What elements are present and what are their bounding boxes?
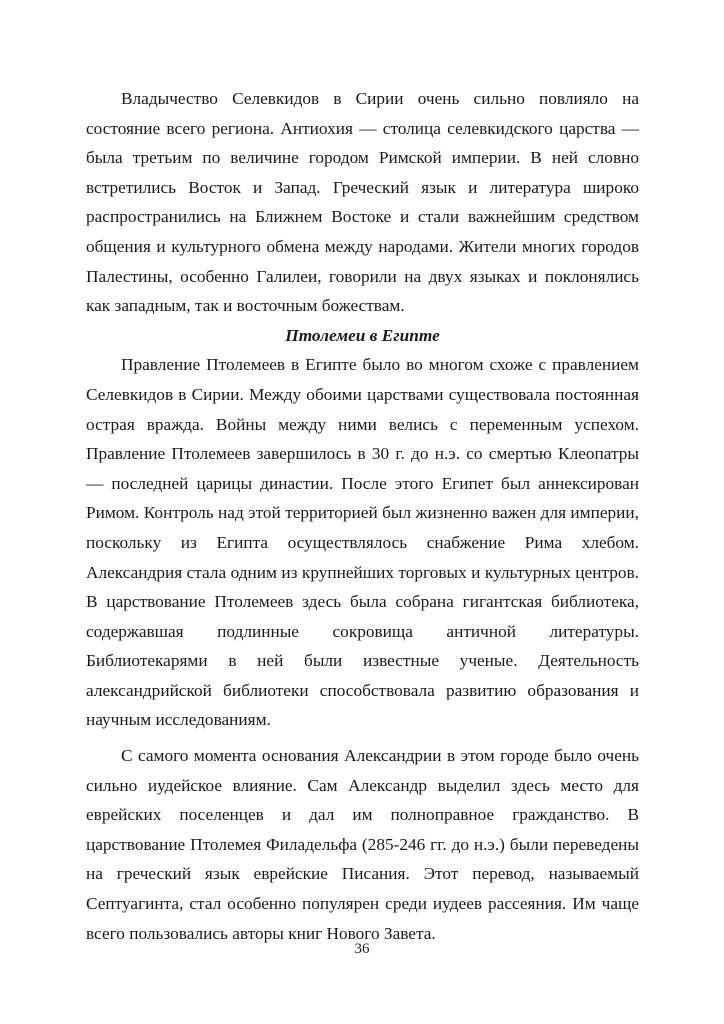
section-heading: Птолемеи в Египте	[86, 321, 639, 351]
document-page: Владычество Селевкидов в Сирии очень сил…	[86, 84, 639, 948]
paragraph-ptolemies-rule: Правление Птолемеев в Египте было во мно…	[86, 350, 639, 735]
paragraph-seleucids: Владычество Селевкидов в Сирии очень сил…	[86, 84, 639, 321]
page-number: 36	[0, 941, 724, 958]
paragraph-alexandria-jewish-influence: С самого момента основания Александрии в…	[86, 741, 639, 948]
